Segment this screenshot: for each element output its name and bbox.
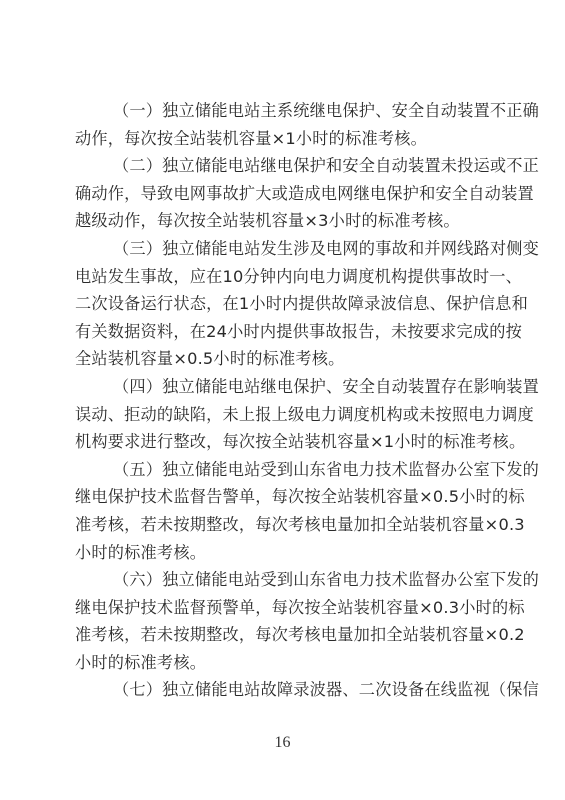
paragraph-line: （一）独立储能电站主系统继电保护、安全自动装置不正确	[75, 97, 491, 125]
paragraph-line: 机构要求进行整改，每次按全站装机容量×1小时的标准考核。	[75, 428, 491, 456]
paragraph-line: 有关数据资料，在24小时内提供事故报告，未按要求完成的按	[75, 318, 491, 346]
paragraph-item-2: （二）独立储能电站继电保护和安全自动装置未投运或不正 确动作，导致电网事故扩大或…	[75, 152, 491, 235]
paragraph-line: 小时的标准考核。	[75, 649, 491, 677]
paragraph-line: 电站发生事故，应在10分钟内向电力调度机构提供事故时一、	[75, 263, 491, 291]
paragraph-item-4: （四）独立储能电站继电保护、安全自动装置存在影响装置 误动、拒动的缺陷，未上报上…	[75, 373, 491, 456]
paragraph-item-6: （六）独立储能电站受到山东省电力技术监督办公室下发的 继电保护技术监督预警单，每…	[75, 566, 491, 676]
paragraph-item-7: （七）独立储能电站故障录波器、二次设备在线监视（保信	[75, 676, 491, 704]
paragraph-item-1: （一）独立储能电站主系统继电保护、安全自动装置不正确 动作，每次按全站装机容量×…	[75, 97, 491, 152]
paragraph-line: （二）独立储能电站继电保护和安全自动装置未投运或不正	[75, 152, 491, 180]
paragraph-line: （五）独立储能电站受到山东省电力技术监督办公室下发的	[75, 456, 491, 484]
paragraph-line: 确动作，导致电网事故扩大或造成电网继电保护和安全自动装置	[75, 180, 491, 208]
paragraph-line: 越级动作，每次按全站装机容量×3小时的标准考核。	[75, 207, 491, 235]
paragraph-line: （七）独立储能电站故障录波器、二次设备在线监视（保信	[75, 676, 491, 704]
paragraph-line: 准考核，若未按期整改，每次考核电量加扣全站装机容量×0.2	[75, 621, 491, 649]
paragraph-line: 动作，每次按全站装机容量×1小时的标准考核。	[75, 125, 491, 153]
document-page: （一）独立储能电站主系统继电保护、安全自动装置不正确 动作，每次按全站装机容量×…	[0, 0, 565, 800]
paragraph-item-5: （五）独立储能电站受到山东省电力技术监督办公室下发的 继电保护技术监督告警单，每…	[75, 456, 491, 566]
paragraph-item-3: （三）独立储能电站发生涉及电网的事故和并网线路对侧变 电站发生事故，应在10分钟…	[75, 235, 491, 373]
paragraph-line: 继电保护技术监督告警单，每次按全站装机容量×0.5小时的标	[75, 483, 491, 511]
page-number: 16	[0, 734, 565, 752]
paragraph-line: （六）独立储能电站受到山东省电力技术监督办公室下发的	[75, 566, 491, 594]
paragraph-line: 准考核，若未按期整改，每次考核电量加扣全站装机容量×0.3	[75, 511, 491, 539]
paragraph-line: 小时的标准考核。	[75, 539, 491, 567]
paragraph-line: 误动、拒动的缺陷，未上报上级电力调度机构或未按照电力调度	[75, 401, 491, 429]
paragraph-line: 全站装机容量×0.5小时的标准考核。	[75, 345, 491, 373]
paragraph-line: 继电保护技术监督预警单，每次按全站装机容量×0.3小时的标	[75, 594, 491, 622]
paragraph-line: （四）独立储能电站继电保护、安全自动装置存在影响装置	[75, 373, 491, 401]
paragraph-line: （三）独立储能电站发生涉及电网的事故和并网线路对侧变	[75, 235, 491, 263]
body-text: （一）独立储能电站主系统继电保护、安全自动装置不正确 动作，每次按全站装机容量×…	[75, 97, 491, 704]
paragraph-line: 二次设备运行状态，在1小时内提供故障录波信息、保护信息和	[75, 290, 491, 318]
